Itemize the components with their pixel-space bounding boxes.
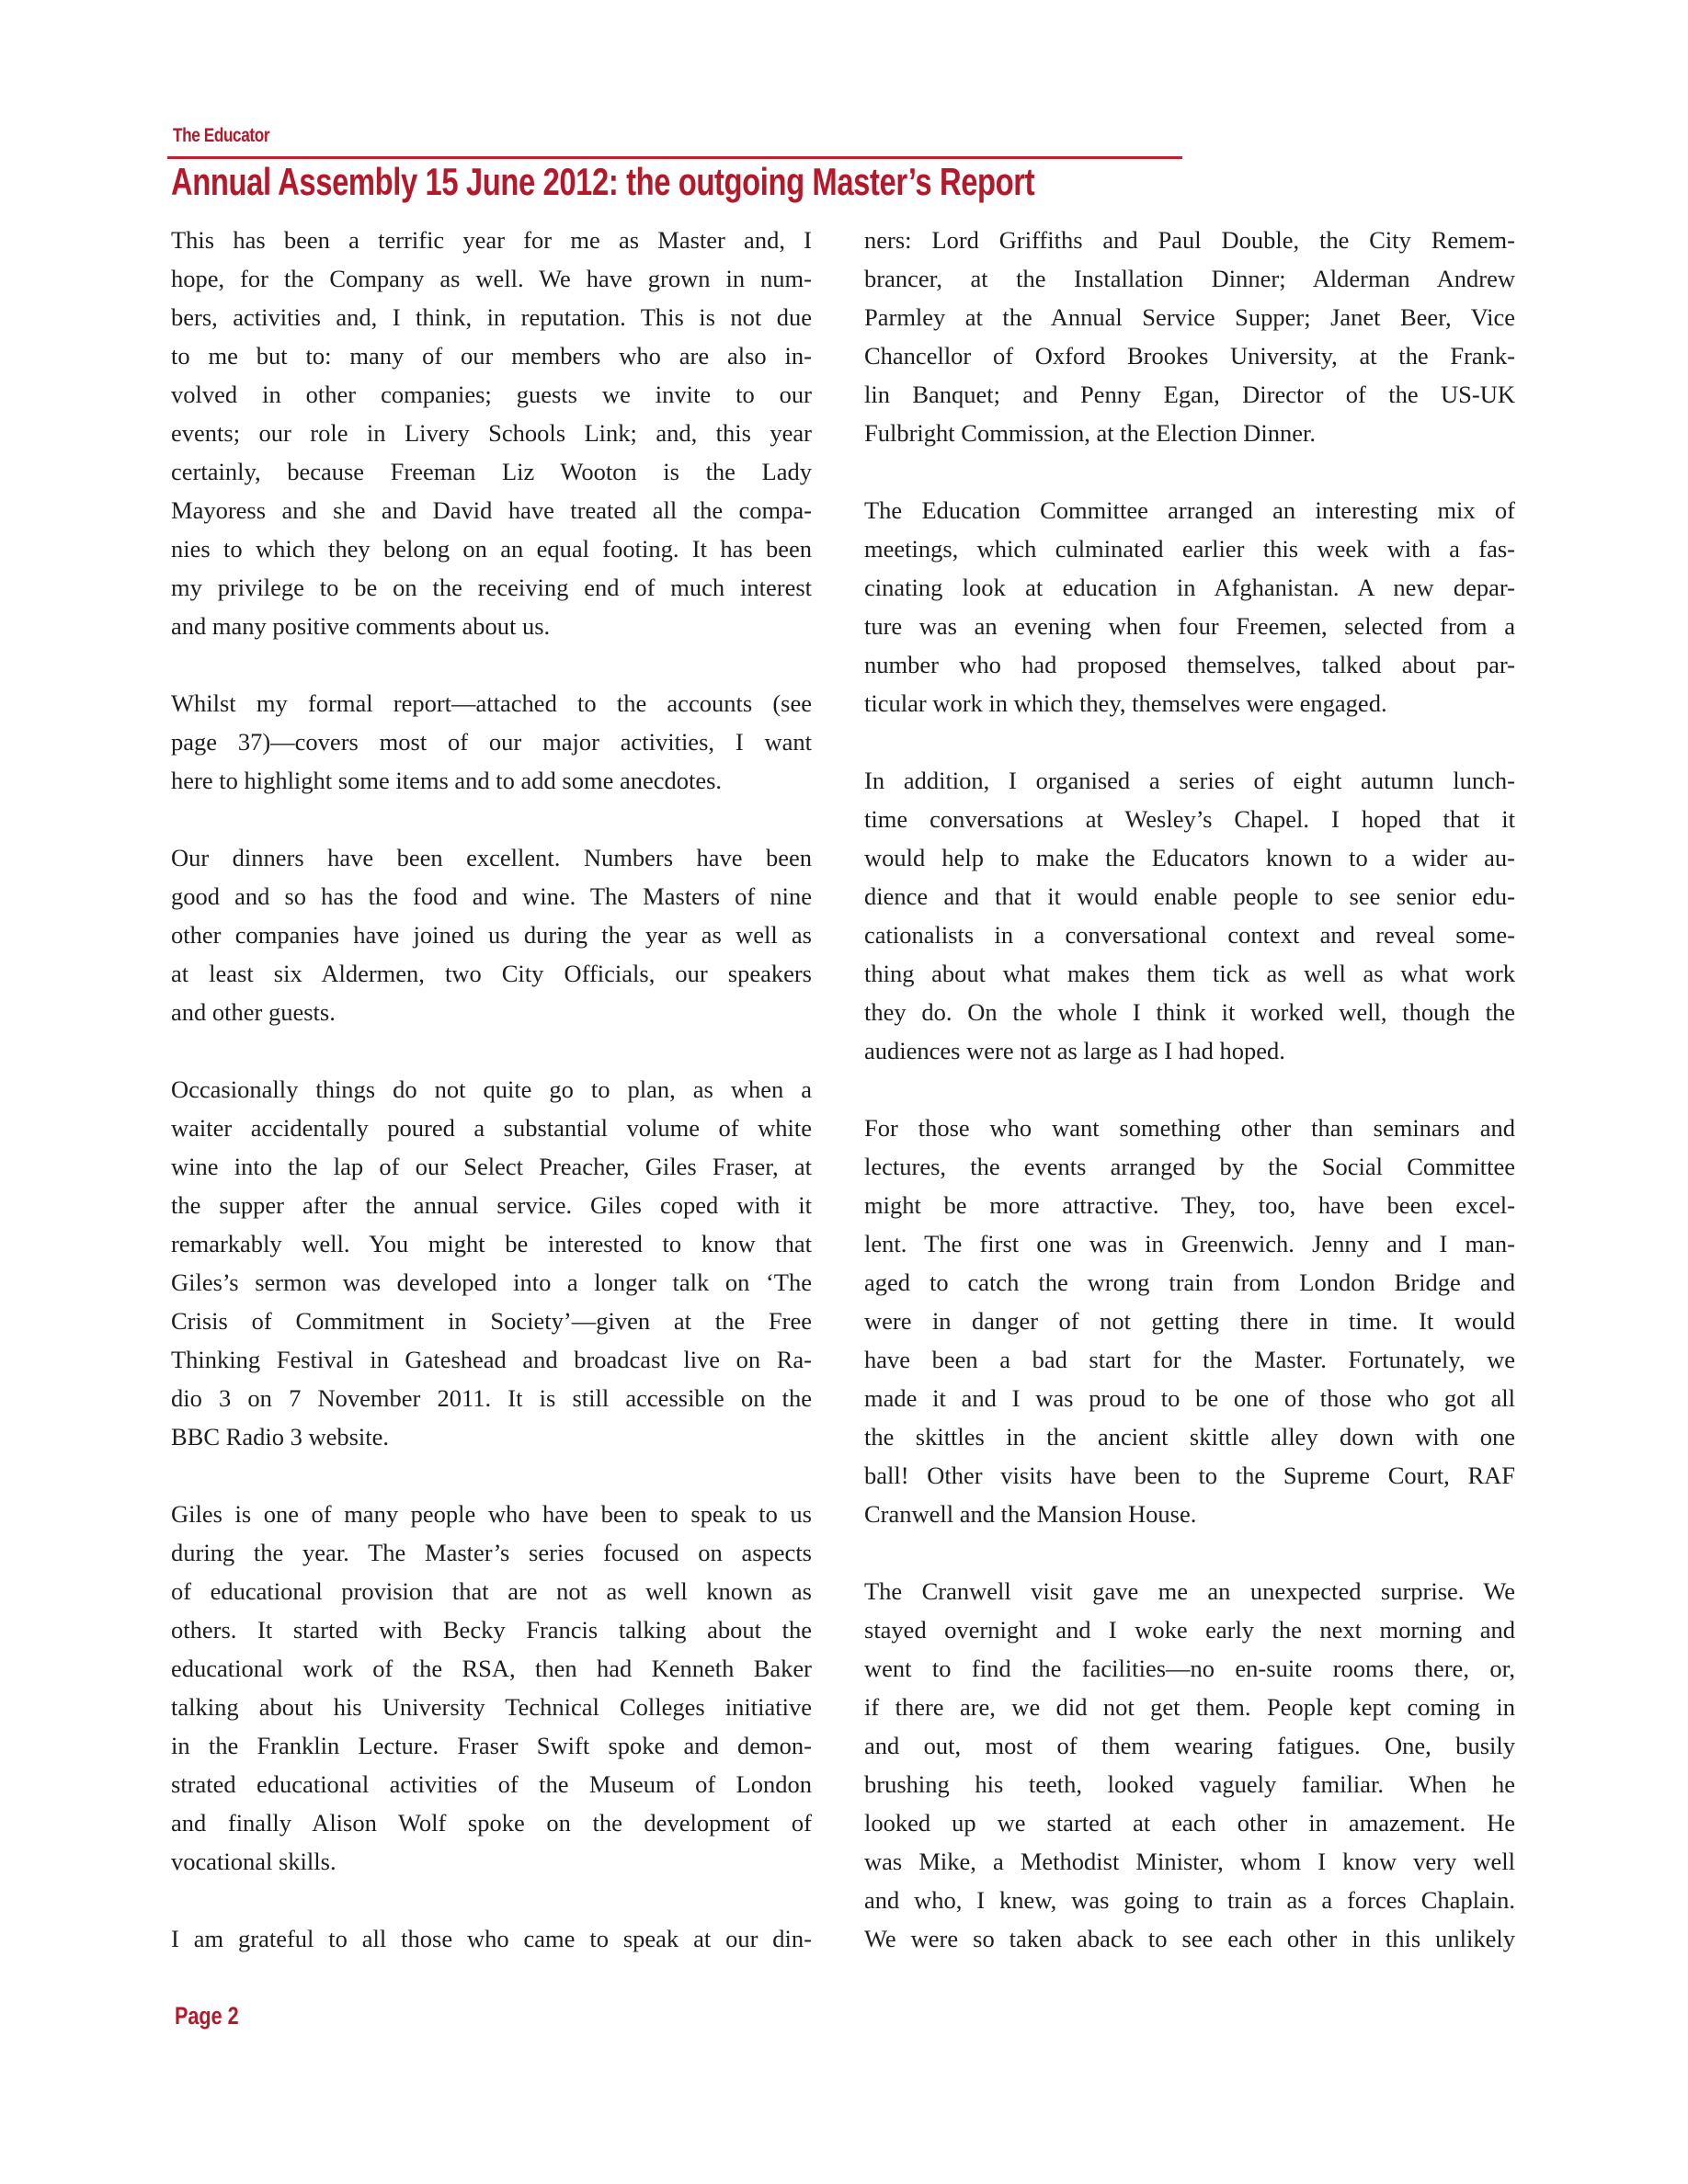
text-line: Occasionally things do not quite go to p… <box>171 1070 812 1109</box>
text-line: and who, I knew, was going to train as a… <box>864 1881 1515 1919</box>
text-line-content: were in danger of not getting there in t… <box>864 1302 1515 1340</box>
text-line-content: Fulbright Commission, at the Election Di… <box>864 414 1515 452</box>
text-line: vocational skills. <box>171 1842 812 1881</box>
text-line-content: page 37)—covers most of our major activi… <box>171 722 812 761</box>
text-line-content: number who had proposed themselves, talk… <box>864 645 1515 684</box>
page-number: Page 2 <box>175 2002 239 2030</box>
text-line-content: In addition, I organised a series of eig… <box>864 761 1515 800</box>
text-line: they do. On the whole I think it worked … <box>864 993 1515 1031</box>
text-line: ners: Lord Griffiths and Paul Double, th… <box>864 221 1515 259</box>
text-line: Chancellor of Oxford Brookes University,… <box>864 336 1515 375</box>
text-line: BBC Radio 3 website. <box>171 1417 812 1456</box>
text-line-content: and who, I knew, was going to train as a… <box>864 1881 1515 1919</box>
text-line-content: certainly, because Freeman Liz Wooton is… <box>171 452 812 491</box>
text-line-content: and finally Alison Wolf spoke on the dev… <box>171 1803 812 1842</box>
text-line: In addition, I organised a series of eig… <box>864 761 1515 800</box>
text-line: and out, most of them wearing fatigues. … <box>864 1726 1515 1765</box>
paragraph-break <box>864 722 1515 761</box>
text-line-content: the skittles in the ancient skittle alle… <box>864 1417 1515 1456</box>
text-line-content: remarkably well. You might be interested… <box>171 1224 812 1263</box>
text-line: The Cranwell visit gave me an unexpected… <box>864 1572 1515 1610</box>
text-line: during the year. The Master’s series foc… <box>171 1533 812 1572</box>
text-line: dience and that it would enable people t… <box>864 877 1515 916</box>
text-line: educational work of the RSA, then had Ke… <box>171 1649 812 1688</box>
text-line: good and so has the food and wine. The M… <box>171 877 812 916</box>
text-line: might be more attractive. They, too, hav… <box>864 1186 1515 1224</box>
paragraph-break <box>171 1881 812 1919</box>
text-line: meetings, which culminated earlier this … <box>864 529 1515 568</box>
text-line-content: bers, activities and, I think, in reputa… <box>171 298 812 336</box>
text-line: I am grateful to all those who came to s… <box>171 1919 812 1958</box>
text-line: at least six Aldermen, two City Official… <box>171 954 812 993</box>
text-line-content: The Cranwell visit gave me an unexpected… <box>864 1572 1515 1610</box>
text-line-content: other companies have joined us during th… <box>171 916 812 954</box>
text-line-content: ture was an evening when four Freemen, s… <box>864 607 1515 645</box>
text-line: went to find the facilities—no en-suite … <box>864 1649 1515 1688</box>
text-line-content: Occasionally things do not quite go to p… <box>171 1070 812 1109</box>
text-line-content: Chancellor of Oxford Brookes University,… <box>864 336 1515 375</box>
text-line-content: Thinking Festival in Gateshead and broad… <box>171 1340 812 1379</box>
text-line-content: and many positive comments about us. <box>171 607 812 645</box>
text-line-content: Cranwell and the Mansion House. <box>864 1495 1515 1533</box>
text-line-content: volved in other companies; guests we inv… <box>171 375 812 414</box>
text-line: were in danger of not getting there in t… <box>864 1302 1515 1340</box>
text-line-content: time conversations at Wesley’s Chapel. I… <box>864 800 1515 838</box>
text-line-content: here to highlight some items and to add … <box>171 761 812 800</box>
text-line: Our dinners have been excellent. Numbers… <box>171 838 812 877</box>
text-line: aged to catch the wrong train from Londo… <box>864 1263 1515 1302</box>
text-line-content: of educational provision that are not as… <box>171 1572 812 1610</box>
text-line: here to highlight some items and to add … <box>171 761 812 800</box>
text-line: dio 3 on 7 November 2011. It is still ac… <box>171 1379 812 1417</box>
text-line-content: This has been a terrific year for me as … <box>171 221 812 259</box>
text-line-content: waiter accidentally poured a substantial… <box>171 1109 812 1147</box>
text-line: lin Banquet; and Penny Egan, Director of… <box>864 375 1515 414</box>
text-line-content: Mayoress and she and David have treated … <box>171 491 812 529</box>
text-line: ture was an evening when four Freemen, s… <box>864 607 1515 645</box>
paragraph-break <box>171 645 812 684</box>
text-line: waiter accidentally poured a substantial… <box>171 1109 812 1147</box>
text-line-content: strated educational activities of the Mu… <box>171 1765 812 1803</box>
text-line: nies to which they belong on an equal fo… <box>171 529 812 568</box>
text-line: hope, for the Company as well. We have g… <box>171 259 812 298</box>
text-line: page 37)—covers most of our major activi… <box>171 722 812 761</box>
text-line: Giles is one of many people who have bee… <box>171 1495 812 1533</box>
text-line: wine into the lap of our Select Preacher… <box>171 1147 812 1186</box>
text-line: if there are, we did not get them. Peopl… <box>864 1688 1515 1726</box>
text-line: We were so taken aback to see each other… <box>864 1919 1515 1958</box>
text-line: the skittles in the ancient skittle alle… <box>864 1417 1515 1456</box>
paragraph-break <box>864 1070 1515 1109</box>
text-line: strated educational activities of the Mu… <box>171 1765 812 1803</box>
text-line: looked up we started at each other in am… <box>864 1803 1515 1842</box>
text-line: brushing his teeth, looked vaguely famil… <box>864 1765 1515 1803</box>
text-line: Whilst my formal report—attached to the … <box>171 684 812 722</box>
text-line: others. It started with Becky Francis ta… <box>171 1610 812 1649</box>
text-line-content: in the Franklin Lecture. Fraser Swift sp… <box>171 1726 812 1765</box>
text-line: made it and I was proud to be one of tho… <box>864 1379 1515 1417</box>
text-line: in the Franklin Lecture. Fraser Swift sp… <box>171 1726 812 1765</box>
text-line-content: others. It started with Becky Francis ta… <box>171 1610 812 1649</box>
text-line-content: Whilst my formal report—attached to the … <box>171 684 812 722</box>
text-line: and finally Alison Wolf spoke on the dev… <box>171 1803 812 1842</box>
text-line: volved in other companies; guests we inv… <box>171 375 812 414</box>
text-line: For those who want something other than … <box>864 1109 1515 1147</box>
paragraph-break <box>171 1456 812 1495</box>
text-line-content: good and so has the food and wine. The M… <box>171 877 812 916</box>
text-line-content: BBC Radio 3 website. <box>171 1417 812 1456</box>
right-column: ners: Lord Griffiths and Paul Double, th… <box>864 221 1515 1958</box>
text-line-content: might be more attractive. They, too, hav… <box>864 1186 1515 1224</box>
text-line: Giles’s sermon was developed into a long… <box>171 1263 812 1302</box>
text-line: lent. The first one was in Greenwich. Je… <box>864 1224 1515 1263</box>
text-line-content: at least six Aldermen, two City Official… <box>171 954 812 993</box>
text-line: Crisis of Commitment in Society’—given a… <box>171 1302 812 1340</box>
text-line: Mayoress and she and David have treated … <box>171 491 812 529</box>
text-line: thing about what makes them tick as well… <box>864 954 1515 993</box>
text-line: Fulbright Commission, at the Election Di… <box>864 414 1515 452</box>
text-line: cinating look at education in Afghanista… <box>864 568 1515 607</box>
text-line: Thinking Festival in Gateshead and broad… <box>171 1340 812 1379</box>
text-line: the supper after the annual service. Gil… <box>171 1186 812 1224</box>
text-line-content: events; our role in Livery Schools Link;… <box>171 414 812 452</box>
text-line: have been a bad start for the Master. Fo… <box>864 1340 1515 1379</box>
text-line: stayed overnight and I woke early the ne… <box>864 1610 1515 1649</box>
text-line-content: Parmley at the Annual Service Supper; Ja… <box>864 298 1515 336</box>
text-line-content: during the year. The Master’s series foc… <box>171 1533 812 1572</box>
text-line-content: I am grateful to all those who came to s… <box>171 1919 812 1958</box>
text-line-content: Giles’s sermon was developed into a long… <box>171 1263 812 1302</box>
paragraph-break <box>171 1031 812 1070</box>
text-line-content: cationalists in a conversational context… <box>864 916 1515 954</box>
text-line-content: meetings, which culminated earlier this … <box>864 529 1515 568</box>
text-line-content: was Mike, a Methodist Minister, whom I k… <box>864 1842 1515 1881</box>
text-line-content: the supper after the annual service. Gil… <box>171 1186 812 1224</box>
text-line-content: ball! Other visits have been to the Supr… <box>864 1456 1515 1495</box>
text-line: and other guests. <box>171 993 812 1031</box>
text-line-content: nies to which they belong on an equal fo… <box>171 529 812 568</box>
text-line-content: brushing his teeth, looked vaguely famil… <box>864 1765 1515 1803</box>
text-line-content: stayed overnight and I woke early the ne… <box>864 1610 1515 1649</box>
text-line-content: if there are, we did not get them. Peopl… <box>864 1688 1515 1726</box>
text-line-content: cinating look at education in Afghanista… <box>864 568 1515 607</box>
text-line-content: went to find the facilities—no en-suite … <box>864 1649 1515 1688</box>
text-line: lectures, the events arranged by the Soc… <box>864 1147 1515 1186</box>
text-line-content: and other guests. <box>171 993 812 1031</box>
text-line-content: audiences were not as large as I had hop… <box>864 1031 1515 1070</box>
text-line-content: have been a bad start for the Master. Fo… <box>864 1340 1515 1379</box>
text-line-content: We were so taken aback to see each other… <box>864 1919 1515 1958</box>
text-line-content: hope, for the Company as well. We have g… <box>171 259 812 298</box>
text-line: cationalists in a conversational context… <box>864 916 1515 954</box>
text-line: talking about his University Technical C… <box>171 1688 812 1726</box>
paragraph-break <box>171 800 812 838</box>
text-line: remarkably well. You might be interested… <box>171 1224 812 1263</box>
text-line-content: For those who want something other than … <box>864 1109 1515 1147</box>
text-line: audiences were not as large as I had hop… <box>864 1031 1515 1070</box>
text-line-content: to me but to: many of our members who ar… <box>171 336 812 375</box>
text-line-content: they do. On the whole I think it worked … <box>864 993 1515 1031</box>
running-header: The Educator <box>173 125 269 147</box>
text-line-content: Crisis of Commitment in Society’—given a… <box>171 1302 812 1340</box>
text-line: bers, activities and, I think, in reputa… <box>171 298 812 336</box>
text-line-content: looked up we started at each other in am… <box>864 1803 1515 1842</box>
text-line-content: talking about his University Technical C… <box>171 1688 812 1726</box>
text-line-content: my privilege to be on the receiving end … <box>171 568 812 607</box>
text-line-content: aged to catch the wrong train from Londo… <box>864 1263 1515 1302</box>
text-line-content: would help to make the Educators known t… <box>864 838 1515 877</box>
text-line: ticular work in which they, themselves w… <box>864 684 1515 722</box>
text-line-content: lent. The first one was in Greenwich. Je… <box>864 1224 1515 1263</box>
text-line-content: and out, most of them wearing fatigues. … <box>864 1726 1515 1765</box>
text-line-content: wine into the lap of our Select Preacher… <box>171 1147 812 1186</box>
text-line: time conversations at Wesley’s Chapel. I… <box>864 800 1515 838</box>
article-title: Annual Assembly 15 June 2012: the outgoi… <box>171 160 1034 204</box>
text-line: This has been a terrific year for me as … <box>171 221 812 259</box>
text-line-content: thing about what makes them tick as well… <box>864 954 1515 993</box>
text-line-content: ticular work in which they, themselves w… <box>864 684 1515 722</box>
text-line-content: brancer, at the Installation Dinner; Ald… <box>864 259 1515 298</box>
text-line: would help to make the Educators known t… <box>864 838 1515 877</box>
text-line: events; our role in Livery Schools Link;… <box>171 414 812 452</box>
text-line-content: ners: Lord Griffiths and Paul Double, th… <box>864 221 1515 259</box>
text-line: brancer, at the Installation Dinner; Ald… <box>864 259 1515 298</box>
text-line-content: lectures, the events arranged by the Soc… <box>864 1147 1515 1186</box>
left-column: This has been a terrific year for me as … <box>171 221 812 1958</box>
text-line: ball! Other visits have been to the Supr… <box>864 1456 1515 1495</box>
text-line-content: Our dinners have been excellent. Numbers… <box>171 838 812 877</box>
text-line-content: made it and I was proud to be one of tho… <box>864 1379 1515 1417</box>
text-line: Parmley at the Annual Service Supper; Ja… <box>864 298 1515 336</box>
text-line: certainly, because Freeman Liz Wooton is… <box>171 452 812 491</box>
text-line: number who had proposed themselves, talk… <box>864 645 1515 684</box>
text-line-content: vocational skills. <box>171 1842 812 1881</box>
text-line: The Education Committee arranged an inte… <box>864 491 1515 529</box>
paragraph-break <box>864 452 1515 491</box>
text-line-content: lin Banquet; and Penny Egan, Director of… <box>864 375 1515 414</box>
text-line: to me but to: many of our members who ar… <box>171 336 812 375</box>
text-line: was Mike, a Methodist Minister, whom I k… <box>864 1842 1515 1881</box>
header-rule <box>167 156 1182 159</box>
text-line: of educational provision that are not as… <box>171 1572 812 1610</box>
text-line-content: educational work of the RSA, then had Ke… <box>171 1649 812 1688</box>
text-line-content: dience and that it would enable people t… <box>864 877 1515 916</box>
text-line-content: Giles is one of many people who have bee… <box>171 1495 812 1533</box>
text-line: other companies have joined us during th… <box>171 916 812 954</box>
text-line: my privilege to be on the receiving end … <box>171 568 812 607</box>
text-line: Cranwell and the Mansion House. <box>864 1495 1515 1533</box>
text-line-content: dio 3 on 7 November 2011. It is still ac… <box>171 1379 812 1417</box>
text-line: and many positive comments about us. <box>171 607 812 645</box>
text-line-content: The Education Committee arranged an inte… <box>864 491 1515 529</box>
paragraph-break <box>864 1533 1515 1572</box>
